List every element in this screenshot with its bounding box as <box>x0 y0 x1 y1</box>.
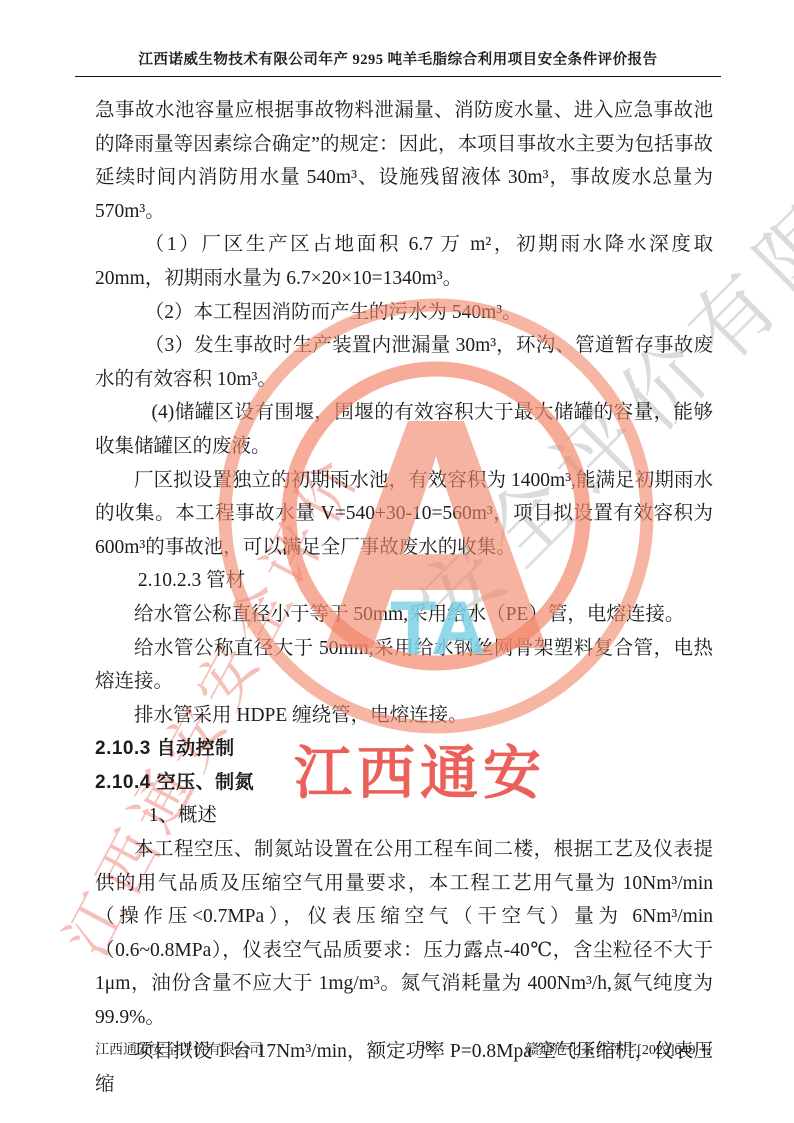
page-header-title: 江西诺威生物技术有限公司年产 9295 吨羊毛脂综合利用项目安全条件评价报告 <box>75 48 721 77</box>
footer-company-name: 江西通安安全评价有限公司 <box>95 1039 263 1059</box>
paragraph: （1）厂区生产区占地面积 6.7 万 m²，初期雨水降水深度取 20mm，初期雨… <box>95 228 713 295</box>
page-number: 38 <box>405 1039 445 1055</box>
paragraph: 1、概述 <box>95 799 713 833</box>
paragraph: 给水管公称直径小于等于 50mm,采用给水（PE）管，电熔连接。 <box>95 598 713 632</box>
paragraph: 厂区拟设置独立的初期雨水池，有效容积为 1400m³,能满足初期雨水的收集。本工… <box>95 464 713 565</box>
paragraph: 急事故水池容量应根据事故物料泄漏量、消防废水量、进入应急事故池的降雨量等因素综合… <box>95 94 713 228</box>
paragraph: 排水管采用 HDPE 缠绕管，电熔连接。 <box>95 699 713 733</box>
paragraph: （3）发生事故时生产装置内泄漏量 30m³，环沟、管道暂存事故废水的有效容积 1… <box>95 329 713 396</box>
section-heading: 2.10.4 空压、制氮 <box>95 766 713 800</box>
paragraph: （2）本工程因消防而产生的污水为 540m³。 <box>95 296 713 330</box>
page-footer: 江西通安安全评价有限公司 38 赣通危化条件评字[2023]049 号 <box>95 1039 713 1059</box>
paragraph: 给水管公称直径大于 50mm,采用给水钢丝网骨架塑料复合管，电热熔连接。 <box>95 632 713 699</box>
section-heading: 2.10.3 自动控制 <box>95 732 713 766</box>
footer-doc-number: 赣通危化条件评字[2023]049 号 <box>525 1039 713 1059</box>
paragraph: 2.10.2.3 管材 <box>95 564 713 598</box>
paragraph: (4)储罐区设有围堰，围堰的有效容积大于最大储罐的容量，能够收集储罐区的废液。 <box>95 396 713 463</box>
paragraph: 本工程空压、制氮站设置在公用工程车间二楼，根据工艺及仪表提供的用气品质及压缩空气… <box>95 833 713 1035</box>
document-body: 急事故水池容量应根据事故物料泄漏量、消防废水量、进入应急事故池的降雨量等因素综合… <box>95 94 713 1102</box>
document-page: { "header": { "title": "江西诺威生物技术有限公司年产 9… <box>0 0 794 1123</box>
